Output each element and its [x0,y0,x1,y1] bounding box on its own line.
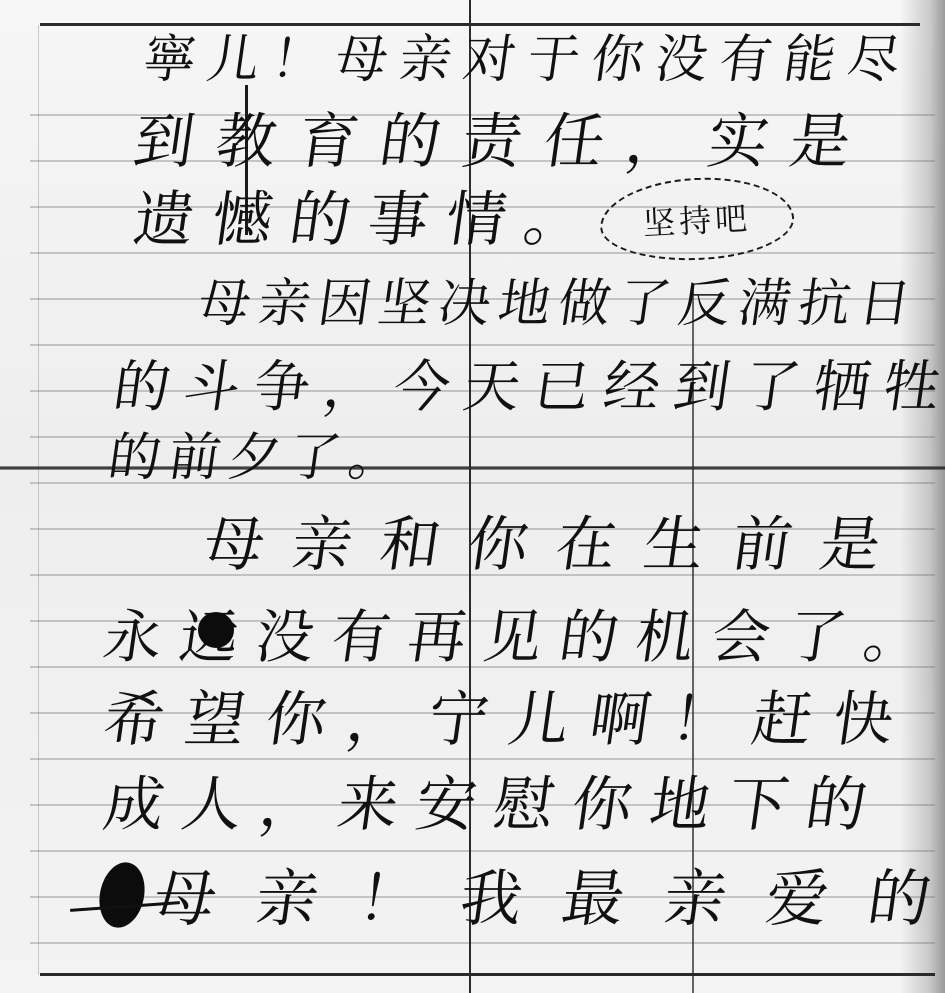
letter-line-2: 到教育的责任，实是 [130,112,876,172]
letter-line-11: 母亲！我最亲爱的 [150,868,945,930]
bottom-border-line [40,973,935,976]
top-border-line [40,23,920,26]
circled-note-text: 坚持吧 [642,193,752,245]
letter-line-3: 遗憾的事情。 [130,190,606,250]
letter-line-1: 寧儿！母亲对于你没有能尽 [140,34,915,86]
letter-line-10: 成人，来安慰你地下的 [100,775,888,835]
ink-blot [198,612,234,648]
letter-line-7: 母亲和你在生前是 [200,515,912,575]
letter-line-6: 的前夕了。 [105,432,412,484]
margin-line [38,25,39,975]
letter-line-9: 希望你，宁儿啊！赶快 [100,690,918,750]
letter-line-4: 母亲因坚决地做了反满抗日 [195,278,922,330]
letter-line-5: 的斗争，今天已经到了牺牲 [110,360,945,416]
